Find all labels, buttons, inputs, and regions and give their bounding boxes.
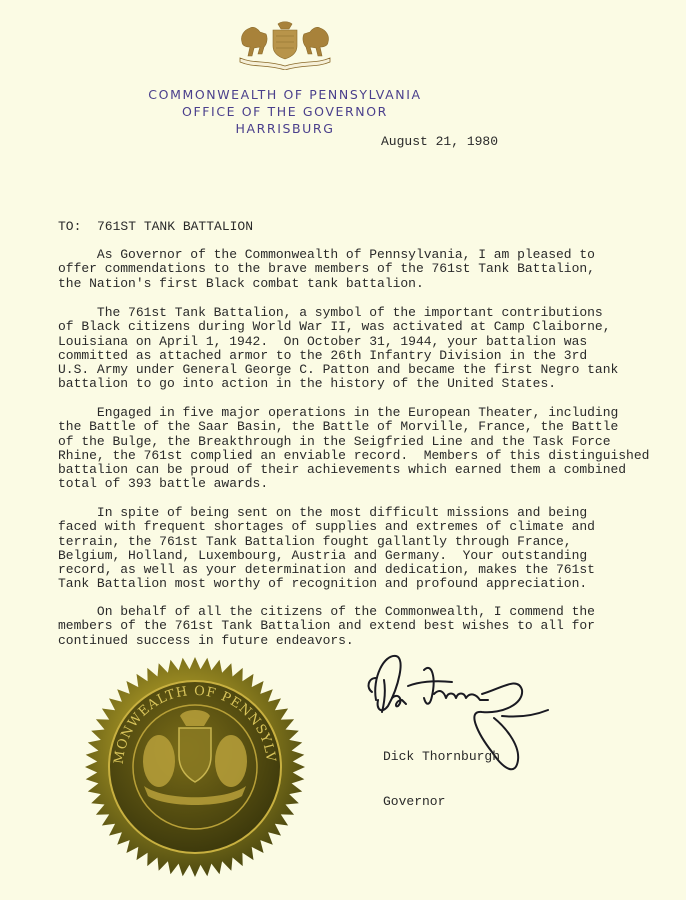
coat-of-arms-icon bbox=[236, 20, 334, 70]
letterhead-line-office: OFFICE OF THE GOVERNOR bbox=[120, 103, 450, 120]
body-paragraph: Engaged in five major operations in the … bbox=[58, 406, 649, 492]
letter-date: August 21, 1980 bbox=[381, 134, 498, 149]
body-paragraph: The 761st Tank Battalion, a symbol of th… bbox=[58, 306, 618, 392]
letterhead-line-commonwealth: COMMONWEALTH OF PENNSYLVANIA bbox=[120, 86, 450, 103]
letterhead: COMMONWEALTH OF PENNSYLVANIA OFFICE OF T… bbox=[120, 86, 450, 137]
gold-seal-icon: COMMONWEALTH OF PENNSYLVANIA bbox=[84, 656, 306, 878]
body-paragraph: On behalf of all the citizens of the Com… bbox=[58, 605, 595, 648]
signer-title: Governor bbox=[383, 794, 500, 809]
recipient-line: TO: 761ST TANK BATTALION bbox=[58, 219, 253, 234]
body-paragraph: As Governor of the Commonwealth of Penns… bbox=[58, 248, 595, 291]
signer-name: Dick Thornburgh bbox=[383, 749, 500, 764]
signature-block: Dick Thornburgh Governor bbox=[383, 719, 500, 824]
body-paragraph: In spite of being sent on the most diffi… bbox=[58, 506, 595, 592]
